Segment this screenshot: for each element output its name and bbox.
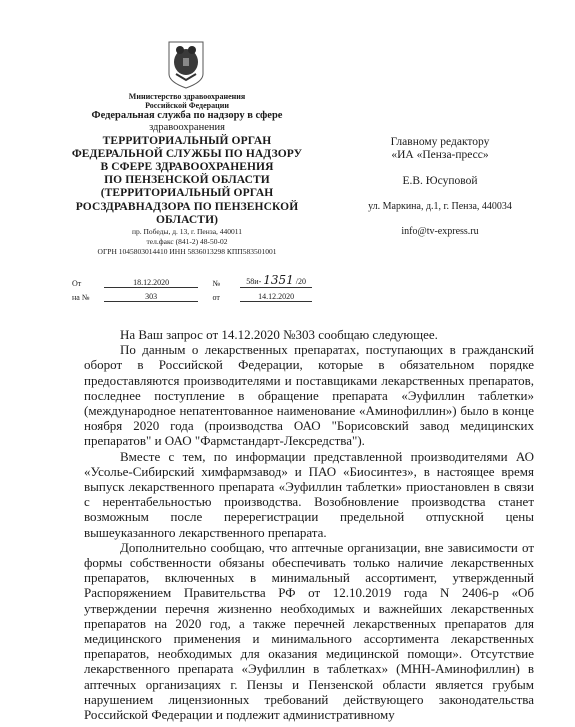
service-line1: Федеральная служба по надзору в сфере xyxy=(62,110,312,122)
letterhead: Министерство здравоохранения Российской … xyxy=(62,92,312,256)
re-label: на № xyxy=(72,293,104,302)
number-label: № xyxy=(198,279,240,288)
org-registry: ОГРН 1045803014410 ИНН 5836013298 КПП583… xyxy=(62,247,312,257)
org-line: (ТЕРРИТОРИАЛЬНЫЙ ОРГАН xyxy=(62,187,312,200)
org-line: ОБЛАСТИ) xyxy=(62,214,312,227)
re-date-label: от xyxy=(198,293,240,302)
recipient-address: ул. Маркина, д.1, г. Пенза, 440034 xyxy=(340,201,540,212)
outgoing-number: 58и- 1351 /20 xyxy=(240,273,312,288)
org-phone: тел.факс (841-2) 48-50-02 xyxy=(62,237,312,247)
number-handwritten: 1351 xyxy=(263,273,294,287)
from-label: От xyxy=(72,279,104,288)
ministry-line1: Министерство здравоохранения xyxy=(62,92,312,101)
body-paragraph: Дополнительно сообщаю, что аптечные орга… xyxy=(84,540,534,722)
service-line2: здравоохранения xyxy=(62,122,312,134)
re-date: 14.12.2020 xyxy=(240,292,312,302)
recipient-name: Е.В. Юсуповой xyxy=(340,175,540,187)
recipient-email: info@tv-express.ru xyxy=(340,226,540,237)
body-paragraph: На Ваш запрос от 14.12.2020 №303 сообщаю… xyxy=(84,327,534,342)
number-suffix: /20 xyxy=(296,277,306,286)
from-date: 18.12.2020 xyxy=(104,278,199,288)
org-line: В СФЕРЕ ЗДРАВООХРАНЕНИЯ xyxy=(62,161,312,174)
ministry-line2: Российской Федерации xyxy=(62,101,312,110)
recipient-title: Главному редактору xyxy=(340,136,540,148)
org-line: ТЕРРИТОРИАЛЬНЫЙ ОРГАН xyxy=(62,135,312,148)
org-line: РОСЗДРАВНАДЗОРА ПО ПЕНЗЕНСКОЙ xyxy=(62,201,312,214)
coat-of-arms-icon xyxy=(166,40,206,90)
body-paragraph: По данным о лекарственных препаратах, по… xyxy=(84,342,534,448)
reference-block: От 18.12.2020 № 58и- 1351 /20 на № 303 о… xyxy=(72,274,312,302)
body-paragraph: Вместе с тем, по информации представленн… xyxy=(84,449,534,540)
org-line: ФЕДЕРАЛЬНОЙ СЛУЖБЫ ПО НАДЗОРУ xyxy=(62,148,312,161)
number-prefix: 58и- xyxy=(246,277,261,286)
re-number: 303 xyxy=(104,292,199,302)
letter-body: На Ваш запрос от 14.12.2020 №303 сообщаю… xyxy=(84,327,534,722)
recipient-org: «ИА «Пенза-пресс» xyxy=(340,149,540,161)
org-address: пр. Победы, д. 13, г. Пенза, 440011 xyxy=(62,227,312,237)
recipient-block: Главному редактору «ИА «Пенза-пресс» Е.В… xyxy=(340,136,540,243)
org-line: ПО ПЕНЗЕНСКОЙ ОБЛАСТИ xyxy=(62,174,312,187)
